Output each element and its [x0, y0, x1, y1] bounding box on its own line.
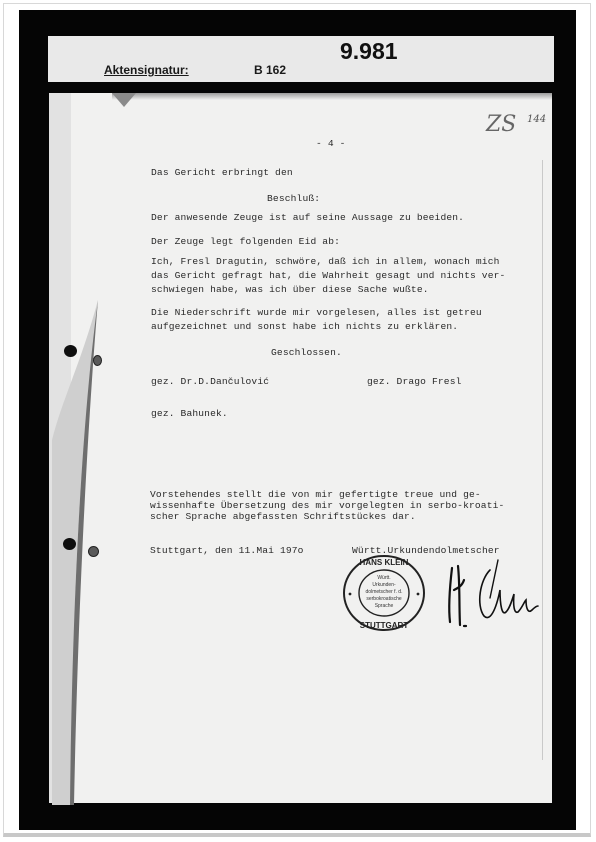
- court-intro: Das Gericht erbringt den: [151, 166, 293, 179]
- closing-text: Geschlossen.: [271, 346, 342, 359]
- punch-hole-icon: [64, 345, 77, 357]
- seal-ring-bottom: STUTTGART: [360, 621, 409, 630]
- file-signature-value: B 162: [254, 63, 286, 77]
- paper-notch: [112, 93, 136, 107]
- svg-text:serbokroatische: serbokroatische: [366, 596, 402, 602]
- translation-note-line: scher Sprache abgefassten Schriftstückes…: [150, 511, 416, 522]
- signature-judge: gez. Dr.D.Dančulović: [151, 375, 269, 388]
- svg-text:Urkunden-: Urkunden-: [372, 582, 396, 588]
- page-marker: - 4 -: [316, 137, 346, 150]
- translation-note-line: wissenhafte Übersetzung des mir vorgeleg…: [150, 500, 504, 511]
- svg-text:Württ.: Württ.: [377, 575, 390, 581]
- decision-heading: Beschluß:: [267, 192, 320, 205]
- punch-hole-icon: [88, 546, 99, 557]
- svg-text:dolmetscher f. d.: dolmetscher f. d.: [366, 589, 403, 595]
- signature-clerk: gez. Bahunek.: [151, 407, 228, 420]
- oath-line: das Gericht gefragt hat, die Wahrheit ge…: [151, 269, 505, 282]
- handwritten-signature-icon: [440, 550, 550, 630]
- archive-number: 9.981: [340, 38, 398, 65]
- protocol-line: aufgezeichnet und sonst habe ich nichts …: [151, 320, 458, 333]
- handwritten-initials: ZS: [486, 112, 516, 137]
- file-signature-label: Aktensignatur:: [104, 63, 189, 77]
- punch-hole-icon: [93, 355, 102, 366]
- signature-witness: gez. Drago Fresl: [367, 375, 462, 388]
- place-date: Stuttgart, den 11.Mai 197o: [150, 544, 304, 557]
- handwritten-folio-number: 144: [527, 114, 546, 125]
- oath-line: schwiegen habe, was ich über diese Sache…: [151, 283, 429, 296]
- svg-text:Sprache: Sprache: [375, 603, 394, 609]
- translation-note-line: Vorstehendes stellt die von mir gefertig…: [150, 489, 481, 500]
- oath-intro: Der Zeuge legt folgenden Eid ab:: [151, 235, 340, 248]
- protocol-line: Die Niederschrift wurde mir vorgelesen, …: [151, 306, 482, 319]
- translator-seal-icon: HANS KLEIN STUTTGART Württ. Urkunden- do…: [342, 554, 426, 632]
- oath-line: Ich, Fresl Dragutin, schwöre, daß ich in…: [151, 255, 500, 268]
- punch-hole-icon: [63, 538, 76, 550]
- paper-top-edge: [112, 93, 552, 100]
- paper-right-crease: [542, 160, 543, 760]
- decision-text: Der anwesende Zeuge ist auf seine Aussag…: [151, 211, 464, 224]
- seal-ring-top: HANS KLEIN: [360, 558, 409, 567]
